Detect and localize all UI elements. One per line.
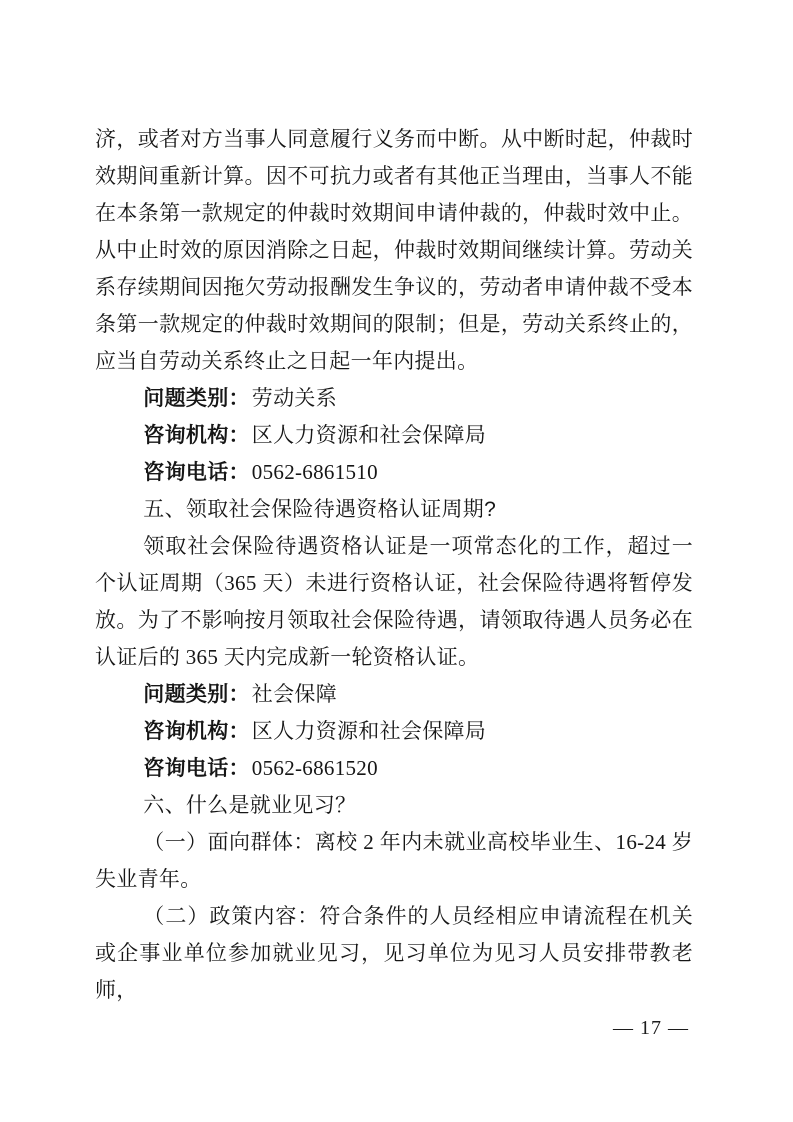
q5-agency-line: 咨询机构：区人力资源和社会保障局: [95, 713, 693, 750]
paragraph-question6-policy-content: （二）政策内容：符合条件的人员经相应申请流程在机关或企事业单位参加就业见习，见习…: [95, 898, 693, 1009]
page-number: — 17 —: [613, 1017, 689, 1039]
question6-heading: 六、什么是就业见习？: [95, 787, 693, 824]
category-value: 社会保障: [252, 682, 337, 706]
paragraph-question5-body: 领取社会保险待遇资格认证是一项常态化的工作，超过一个认证周期（365 天）未进行…: [95, 528, 693, 676]
agency-value: 区人力资源和社会保障局: [252, 719, 486, 743]
question5-heading: 五、领取社会保险待遇资格认证周期?: [95, 491, 693, 528]
document-body: 济，或者对方当事人同意履行义务而中断。从中断时起，仲裁时效期间重新计算。因不可抗…: [95, 121, 693, 1009]
phone-value: 0562-6861520: [252, 756, 378, 780]
labor-agency-line: 咨询机构：区人力资源和社会保障局: [95, 417, 693, 454]
phone-value: 0562-6861510: [252, 460, 378, 484]
category-label: 问题类别：: [143, 387, 250, 410]
q5-category-line: 问题类别：社会保障: [95, 676, 693, 713]
page-footer: — 17 —: [613, 1014, 689, 1042]
phone-label: 咨询电话：: [143, 461, 250, 484]
agency-label: 咨询机构：: [143, 720, 250, 743]
category-label: 问题类别：: [143, 683, 250, 706]
phone-label: 咨询电话：: [143, 757, 250, 780]
category-value: 劳动关系: [252, 386, 337, 410]
paragraph-question6-target-group: （一）面向群体：离校 2 年内未就业高校毕业生、16-24 岁失业青年。: [95, 824, 693, 898]
q5-phone-line: 咨询电话：0562-6861520: [95, 750, 693, 787]
document-page: 济，或者对方当事人同意履行义务而中断。从中断时起，仲裁时效期间重新计算。因不可抗…: [0, 0, 793, 1122]
labor-phone-line: 咨询电话：0562-6861510: [95, 454, 693, 491]
agency-value: 区人力资源和社会保障局: [252, 423, 486, 447]
agency-label: 咨询机构：: [143, 424, 250, 447]
paragraph-arbitration-continuation: 济，或者对方当事人同意履行义务而中断。从中断时起，仲裁时效期间重新计算。因不可抗…: [95, 121, 693, 380]
labor-category-line: 问题类别：劳动关系: [95, 380, 693, 417]
